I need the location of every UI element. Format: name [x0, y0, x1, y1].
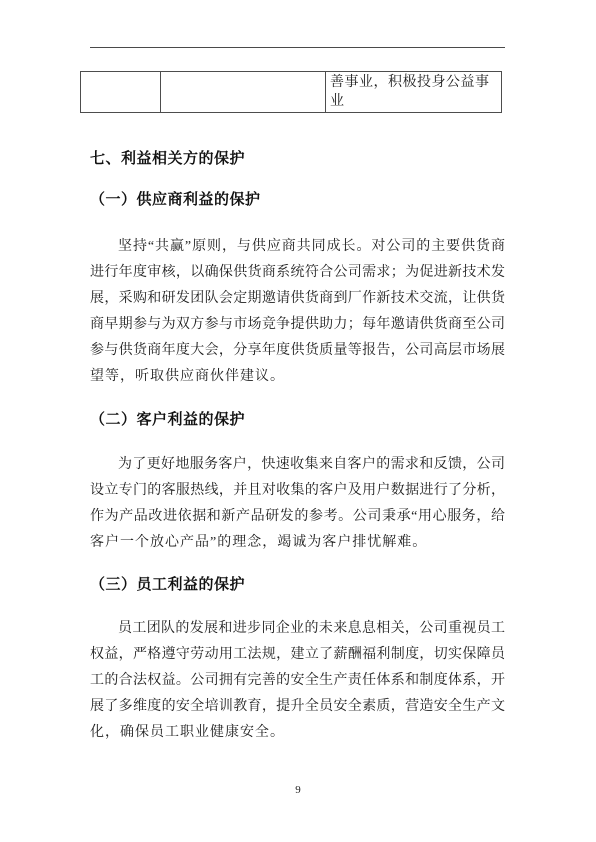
- paragraph-line: 望等，听取供应商伙伴建议。: [90, 367, 505, 387]
- paragraph-line: 参与供货商年度大会，分享年度供货质量等报告，公司高层市场展: [90, 341, 505, 361]
- paragraph-line: 展，采购和研发团队会定期邀请供货商到厂作新技术交流，让供货: [90, 289, 505, 309]
- page-number: 9: [0, 784, 596, 796]
- paragraph-line: 坚持“共赢”原则，与供应商共同成长。对公司的主要供货商: [90, 237, 505, 257]
- paragraph-line: 商早期参与为双方参与市场竞争提供助力；每年邀请供货商至公司: [90, 315, 505, 335]
- section-heading-main: 七、利益相关方的保护: [90, 149, 510, 169]
- section-heading-customer: （二）客户利益的保护: [90, 410, 510, 430]
- paragraph-line: 设立专门的客服热线，并且对收集的客户及用户数据进行了分析，: [90, 481, 505, 501]
- table-cell-2: [161, 72, 326, 113]
- paragraph-line: 为了更好地服务客户，快速收集来自客户的需求和反馈，公司: [90, 455, 505, 475]
- paragraph-line: 展了多维度的安全培训教育，提升全员安全素质，营造安全生产文: [90, 697, 505, 717]
- document-page: 善事业，积极投身公益事业 七、利益相关方的保护 （一）供应商利益的保护 坚持“共…: [0, 0, 596, 842]
- section-heading-supplier: （一）供应商利益的保护: [90, 190, 510, 210]
- table-row: 善事业，积极投身公益事业: [81, 72, 502, 113]
- section-heading-employee: （三）员工利益的保护: [90, 575, 510, 595]
- table-fragment: 善事业，积极投身公益事业: [80, 71, 502, 113]
- paragraph-line: 作为产品改进依据和新产品研发的参考。公司秉承“用心服务，给: [90, 507, 505, 527]
- header-rule: [90, 47, 505, 48]
- paragraph-line: 化，确保员工职业健康安全。: [90, 723, 505, 743]
- paragraph-line: 客户一个放心产品”的理念，竭诚为客户排忧解难。: [90, 533, 505, 553]
- table-cell-3: 善事业，积极投身公益事业: [326, 72, 502, 113]
- paragraph-line: 工的合法权益。公司拥有完善的安全生产责任体系和制度体系，开: [90, 671, 505, 691]
- paragraph-line: 权益，严格遵守劳动用工法规，建立了薪酬福利制度，切实保障员: [90, 645, 505, 665]
- paragraph-line: 进行年度审核，以确保供货商系统符合公司需求；为促进新技术发: [90, 263, 505, 283]
- table-cell-1: [81, 72, 161, 113]
- paragraph-line: 员工团队的发展和进步同企业的未来息息相关，公司重视员工: [90, 619, 505, 639]
